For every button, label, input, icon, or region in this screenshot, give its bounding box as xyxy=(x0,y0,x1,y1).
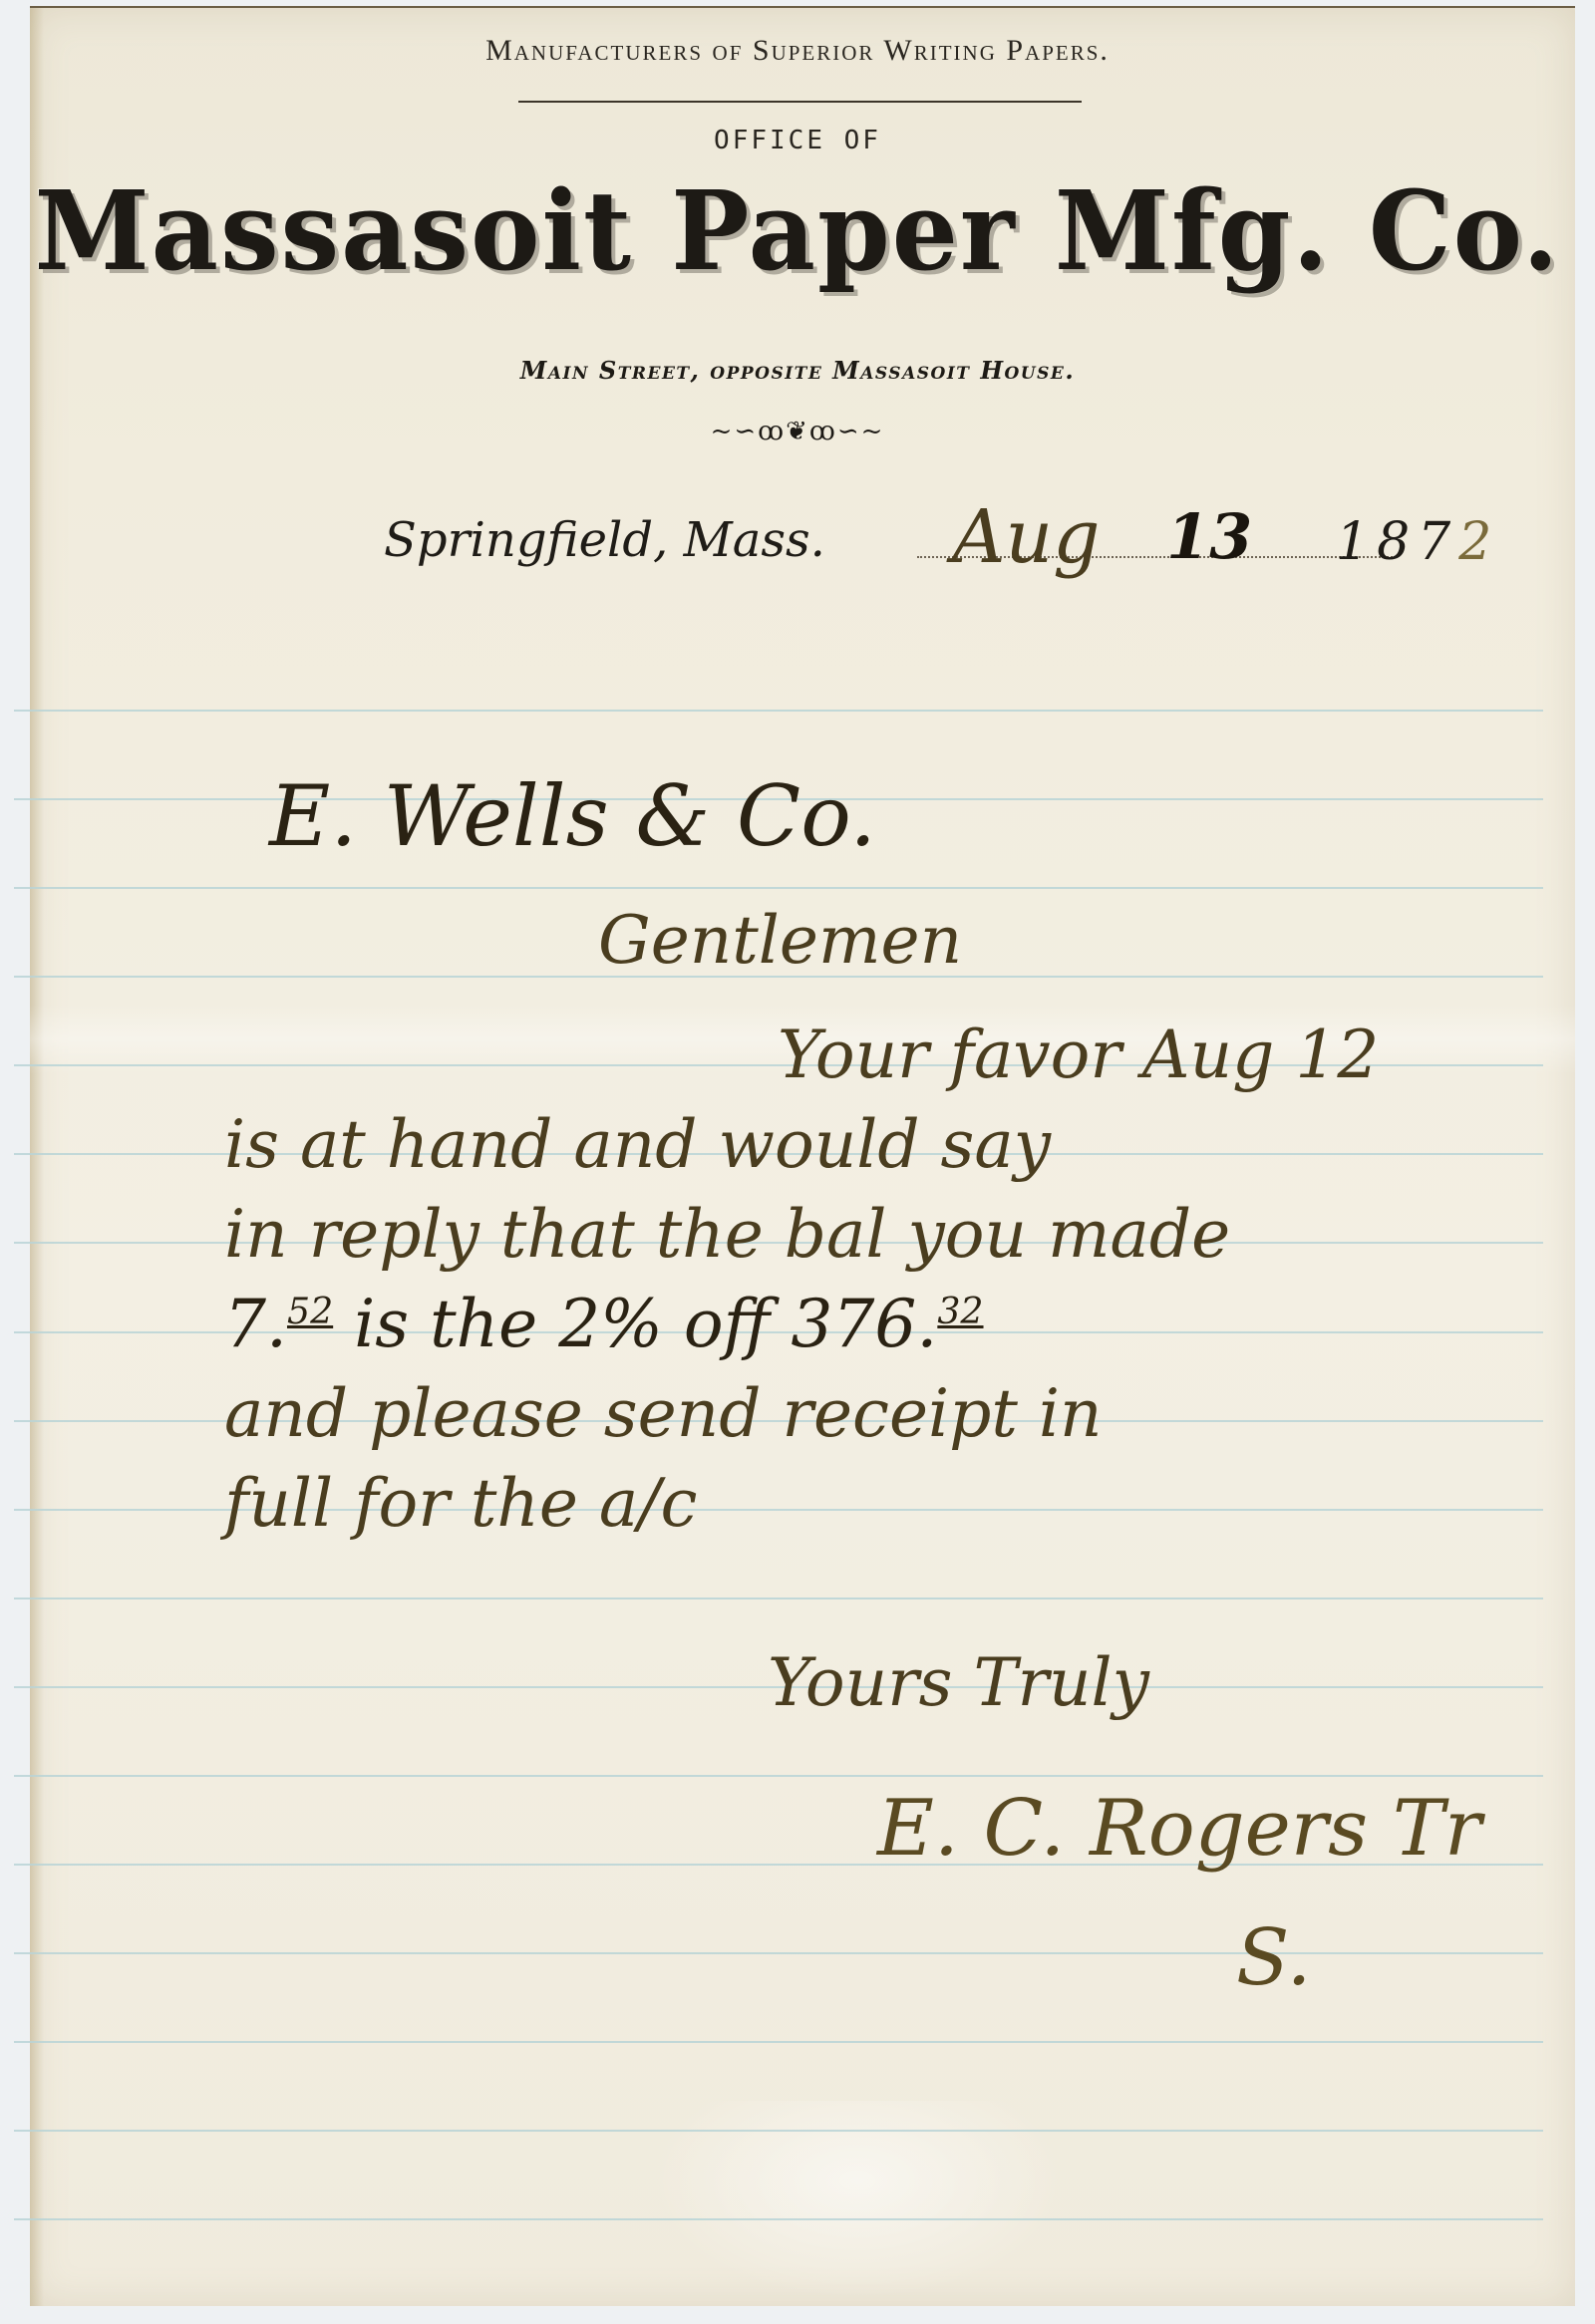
year: 1872 xyxy=(1336,512,1499,572)
balance-dollars: 7. xyxy=(224,1286,287,1362)
letterhead-divider xyxy=(518,101,1082,103)
signature-initial: S. xyxy=(1236,1913,1311,2003)
body-line: and please send receipt in xyxy=(224,1375,1103,1452)
closing: Yours Truly xyxy=(768,1644,1149,1721)
handwritten-day: 13 xyxy=(1166,500,1252,573)
amount-text-is-the: is the xyxy=(354,1286,558,1362)
body-line: Your favor Aug 12 xyxy=(778,1017,1379,1093)
letterhead-address: Main Street, opposite Massasoit House. xyxy=(0,356,1595,385)
letterhead-office-of: OFFICE OF xyxy=(0,126,1595,155)
ruled-line xyxy=(14,710,1543,712)
amount-text-off: off xyxy=(684,1286,791,1362)
salutation: Gentlemen xyxy=(598,902,962,979)
recipient: E. Wells & Co. xyxy=(269,767,876,865)
ruled-line xyxy=(14,887,1543,889)
flourish-ornament-icon: ~∽ꝏ❦ꝏ∽~ xyxy=(0,417,1595,446)
printed-year-prefix: 187 xyxy=(1336,512,1458,572)
body-line-amounts: 7.52 is the 2% off 376.32 xyxy=(224,1286,984,1362)
total-cents: 32 xyxy=(937,1290,983,1332)
ruled-line xyxy=(14,2218,1543,2220)
printed-place: Springfield, Mass. xyxy=(384,512,825,568)
letterhead-tagline: Manufacturers of Superior Writing Papers… xyxy=(0,34,1595,68)
balance-cents: 52 xyxy=(287,1290,333,1332)
company-name: Massasoit Paper Mfg. Co. xyxy=(0,166,1595,295)
ruled-line xyxy=(14,1952,1543,1954)
handwritten-year-suffix: 2 xyxy=(1458,512,1499,572)
ruled-line xyxy=(14,2130,1543,2132)
handwritten-month: Aug xyxy=(952,494,1100,580)
body-line: in reply that the bal you made xyxy=(224,1196,1230,1273)
signature: E. C. Rogers Tr xyxy=(877,1784,1481,1874)
body-line: is at hand and would say xyxy=(224,1106,1051,1183)
dateline: Springfield, Mass. Aug 13 1872 xyxy=(0,498,1595,638)
discount-percent: 2% xyxy=(558,1286,663,1362)
body-line: full for the a/c xyxy=(224,1465,697,1542)
ruled-line xyxy=(14,2041,1543,2043)
total-dollars: 376. xyxy=(791,1286,937,1362)
ruled-line xyxy=(14,1775,1543,1777)
ruled-line xyxy=(14,1598,1543,1599)
